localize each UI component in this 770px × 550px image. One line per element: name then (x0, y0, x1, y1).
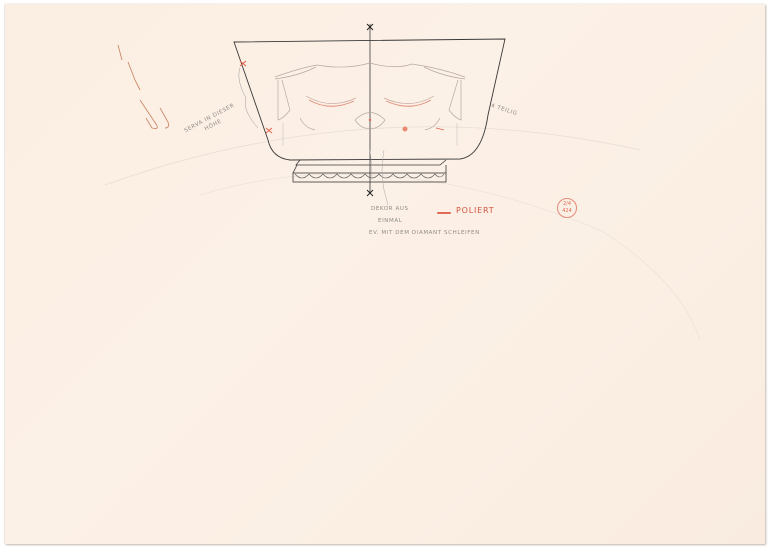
note-decor-line1: DEKOR AUS (371, 206, 409, 212)
bowl-design-drawing (0, 0, 770, 550)
stamp-line: 424 (558, 208, 576, 215)
polished-legend-swatch (437, 212, 451, 214)
inventory-stamp: 2/4 424 (557, 198, 577, 218)
note-decor-line3: EV. MIT DEM DIAMANT SCHLEIFEN (369, 230, 480, 236)
note-decor-line2: EINMAL (378, 218, 402, 224)
margin-sketch-mark (118, 45, 169, 129)
stamp-line: 2/4 (558, 201, 576, 208)
polished-legend-label: POLIERT (456, 206, 494, 215)
